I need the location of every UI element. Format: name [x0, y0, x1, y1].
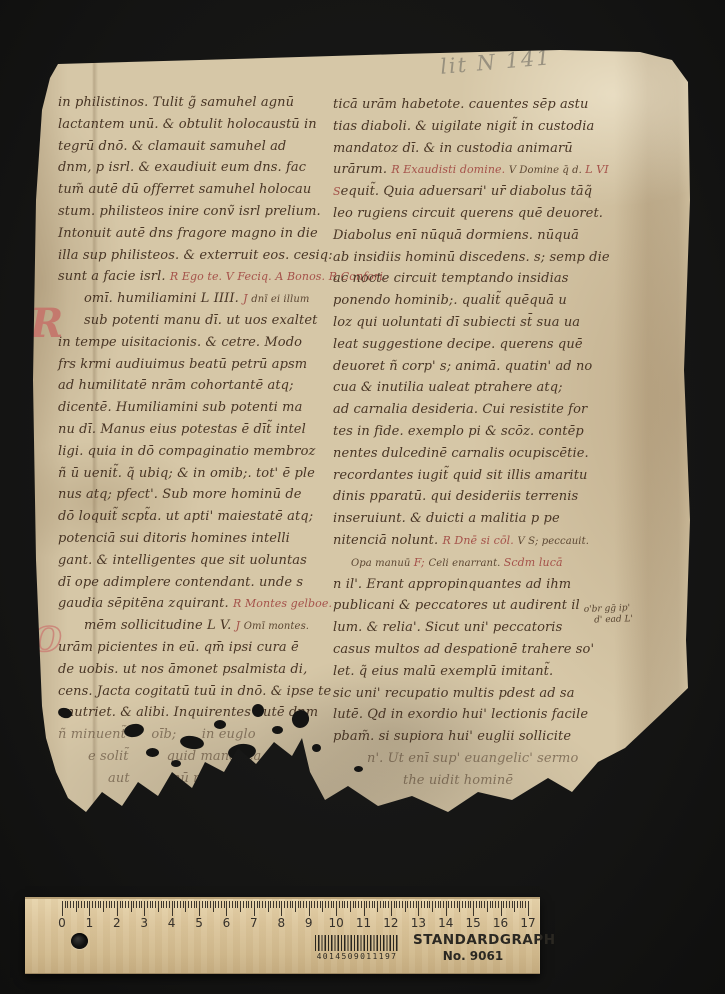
ruler-tick	[407, 901, 408, 908]
ruler-tick	[109, 901, 110, 908]
manuscript-line: tum̃ autē dū offerret samuhel holocau	[58, 179, 336, 201]
ruler-tick	[418, 901, 419, 916]
ruler-tick	[106, 901, 107, 908]
ruler-tick	[506, 901, 507, 908]
manuscript-line: publicani & peccatores ut audirent il	[333, 595, 611, 617]
body-text: ticā urām habetote. cauentes sēp astu	[333, 97, 588, 112]
ruler-tick	[501, 901, 502, 916]
ruler-tick	[342, 901, 343, 908]
ruler-tick	[487, 901, 488, 912]
ruler-tick	[347, 901, 348, 908]
ruler-tick	[246, 901, 247, 908]
body-text: dō loquit̃ scpt̃a. ut apti' maiestatē at…	[58, 509, 313, 524]
parchment-hole	[146, 748, 159, 757]
ruler-tick	[183, 901, 184, 908]
ruler-tick	[306, 901, 307, 908]
manuscript-line: ñ ū uenit̃. q̃ ubiq; & in omib;. tot' ē …	[58, 463, 336, 485]
ruler-tick	[369, 901, 370, 908]
ruler-tick	[287, 901, 288, 908]
manuscript-line: the uidit hominē	[333, 770, 611, 792]
manuscript-line: loz qui uoluntati dī subiecti st̄ sua ua	[333, 312, 611, 334]
ruler-tick	[292, 901, 293, 908]
manuscript-line: gant. & intelligentes que sit uoluntas	[58, 550, 336, 572]
ruler-tick	[522, 901, 523, 908]
ruler-tick	[92, 901, 93, 908]
ruler-tick	[259, 901, 260, 908]
body-text: frs krmi audiuimus beatū petrū apsm	[58, 357, 307, 372]
body-text: sic uni' recupatio multis pdest ad sa	[333, 686, 575, 701]
body-text: V S; peccauit.	[517, 536, 589, 547]
ruler-tick	[240, 901, 241, 912]
body-text: V Domine q̄ d.	[509, 165, 585, 176]
ruler-tick	[465, 901, 466, 908]
ruler-hole	[71, 933, 88, 949]
ruler-tick	[177, 901, 178, 908]
manuscript-line: ad carnalia desideria. Cui resistite for	[333, 399, 611, 421]
ruler-tick	[254, 901, 255, 916]
rubric-text: R Dnē si cōl.	[442, 534, 517, 547]
ruler-tick	[103, 901, 104, 912]
ruler-tick	[374, 901, 375, 908]
ruler-tick	[185, 901, 186, 912]
ruler-tick	[229, 901, 230, 908]
ruler-tick	[320, 901, 321, 908]
ruler-tick	[495, 901, 496, 908]
ruler-tick	[528, 901, 529, 916]
ruler-tick	[226, 901, 227, 916]
ruler-tick	[462, 901, 463, 908]
ruler-tick	[470, 901, 471, 908]
manuscript-line: sic uni' recupatio multis pdest ad sa	[333, 683, 611, 705]
ruler-tick	[172, 901, 173, 916]
ruler-number: 13	[411, 916, 426, 930]
body-text: ad carnalia desideria. Cui resistite for	[333, 402, 587, 417]
ruler-tick	[125, 901, 126, 908]
manuscript-line: mandatoz dī. & in custodia animarū	[333, 138, 611, 160]
body-text: leo rugiens circuit querens quē deuoret.	[333, 206, 603, 221]
body-text: ligi. quia in dō compaginatio membroz	[58, 444, 315, 459]
ruler-number: 17	[520, 916, 535, 930]
body-text: in tempe uisitacionis. & cetre. Modo	[58, 335, 302, 350]
ruler-tick	[224, 901, 225, 908]
rubric-text: J	[243, 292, 251, 305]
ruler-tick	[498, 901, 499, 908]
body-text: aut nū nr̄ ezle	[108, 771, 239, 786]
ruler-tick	[262, 901, 263, 908]
ruler-tick	[70, 901, 71, 908]
manuscript-line: tegrū dnō. & clamauit samuhel ad	[58, 136, 336, 158]
text-column-left: in philistinos. Tulit g̃ samuhel agnūlac…	[58, 92, 336, 790]
rubric-text: S	[333, 185, 341, 198]
ruler-tick	[150, 901, 151, 908]
body-text: loz qui uoluntati dī subiecti st̄ sua ua	[333, 315, 580, 330]
manuscript-line: let. q̃ eius malū exemplū imitant̃.	[333, 661, 611, 683]
ruler-tick	[331, 901, 332, 908]
body-text: deuoret ñ corp' s; animā. quatin' ad no	[333, 359, 592, 374]
manuscript-line: nus atq; pfect'. Sub more hominū de	[58, 484, 336, 506]
ruler-number: 11	[356, 916, 371, 930]
manuscript-line: mēm sollicitudine L V. J Omī montes.	[58, 615, 336, 637]
ruler-tick	[416, 901, 417, 908]
ruler-tick	[309, 901, 310, 916]
body-text: illa sup philisteos. & exterruit eos. ce…	[58, 248, 333, 263]
ruler-tick	[468, 901, 469, 908]
manuscript-line: Sequit̃. Quia aduersari' ur̄ diabolus tā…	[333, 181, 611, 203]
body-text: ñ ū uenit̃. q̃ ubiq; & in omib;. tot' ē …	[58, 466, 315, 481]
ruler: 01234567891011121314151617 4014509011197…	[25, 897, 540, 974]
ruler-tick	[133, 901, 134, 908]
ruler-tick	[394, 901, 395, 908]
parchment-hole	[252, 704, 264, 717]
ruler-tick	[490, 901, 491, 908]
manuscript-line: dinis pparatū. qui desideriis terrenis	[333, 486, 611, 508]
ruler-tick	[84, 901, 85, 908]
ruler-number: 3	[140, 916, 148, 930]
body-text: dnī ei illum	[251, 294, 309, 305]
margin-gloss: o'br gḡ ip' d' ead L'	[584, 603, 634, 627]
ruler-tick	[353, 901, 354, 908]
ruler-tick	[421, 901, 422, 908]
manuscript-line: aut nū nr̄ ezle	[58, 768, 336, 790]
ruler-tick	[325, 901, 326, 908]
ruler-tick	[215, 901, 216, 908]
parchment-hole	[272, 726, 283, 734]
ruler-tick	[128, 901, 129, 908]
manuscript-line: nitenciā nolunt. R Dnē si cōl. V S; pecc…	[333, 530, 611, 552]
body-text: gaudia sēpitēna zquirant.	[58, 596, 233, 611]
manuscript-line: nu dī. Manus eius potestas ē dīt̃ intel	[58, 419, 336, 441]
ruler-tick	[481, 901, 482, 908]
ruler-tick	[358, 901, 359, 908]
ruler-tick	[218, 901, 219, 908]
manuscript-line: ligi. quia in dō compaginatio membroz	[58, 441, 336, 463]
ruler-tick	[248, 901, 249, 908]
ruler-tick	[265, 901, 266, 908]
ruler-tick	[388, 901, 389, 908]
shelfmark-annotation: lit N 141	[439, 45, 552, 79]
ruler-tick	[380, 901, 381, 908]
body-text: ñ minuent̃ oīb; in euglo	[58, 727, 256, 742]
ruler-tick	[336, 901, 337, 916]
ruler-tick	[188, 901, 189, 908]
ruler-tick	[111, 901, 112, 908]
ruler-tick	[361, 901, 362, 908]
ruler-number: 4	[168, 916, 176, 930]
ruler-tick	[405, 901, 406, 912]
body-text: the uidit hominē	[403, 773, 513, 788]
manuscript-line: cens. Jacta cogitatū tuū in dnō. & ipse …	[58, 681, 336, 703]
body-text: ab insidiis hominū discedens. s; semp di…	[333, 250, 610, 265]
ruler-tick	[440, 901, 441, 908]
manuscript-line: omī. humiliamini L IIII. J dnī ei illum	[58, 288, 336, 310]
ruler-tick	[122, 901, 123, 908]
ruler-tick	[144, 901, 145, 916]
manuscript-line: sunt a facie isrl. R Ego te. V Feciq. A …	[58, 266, 336, 288]
ruler-tick	[89, 901, 90, 916]
body-text: urām picientes in eū. qm̄ ipsi cura ē	[58, 640, 299, 655]
ruler-tick	[67, 901, 68, 908]
ruler-tick	[383, 901, 384, 908]
photo-stage: lit N 141 in philistinos. Tulit g̃ samuh…	[0, 0, 725, 994]
ruler-tick	[300, 901, 301, 908]
ruler-tick	[339, 901, 340, 908]
ruler-tick	[205, 901, 206, 908]
body-text: dnm, p isrl. & exaudiuit eum dns. fac	[58, 160, 306, 175]
ruler-tick	[427, 901, 428, 908]
ruler-tick	[268, 901, 269, 912]
barcode	[315, 935, 399, 951]
body-text: mēm sollicitudine	[84, 618, 207, 633]
ruler-tick	[81, 901, 82, 908]
body-text: tes in fide. exemplo pi & scōz. contēp	[333, 424, 584, 439]
manuscript-line: n il'. Erant appropinquantes ad ihm	[333, 574, 611, 596]
ruler-tick	[98, 901, 99, 908]
ruler-number: 14	[438, 916, 453, 930]
body-text: sub potenti manu dī. ut uos exaltet	[84, 313, 317, 328]
ruler-tick	[322, 901, 323, 912]
manuscript-line: tias diaboli. & uigilate nigit̃ in custo…	[333, 116, 611, 138]
ruler-tick	[303, 901, 304, 908]
manuscript-line: dī ope adimplere contendant. unde s	[58, 572, 336, 594]
ruler-tick	[514, 901, 515, 912]
ruler-tick	[120, 901, 121, 908]
ruler-tick	[251, 901, 252, 908]
ruler-tick	[295, 901, 296, 912]
manuscript-line: Diabolus enī nūquā dormiens. nūquā	[333, 225, 611, 247]
ruler-tick	[136, 901, 137, 908]
ruler-number: 2	[113, 916, 121, 930]
ruler-tick	[317, 901, 318, 908]
manuscript-line: n'. Ut enī sup' euangelic' sermo	[333, 748, 611, 770]
body-text: L IIII.	[201, 291, 243, 306]
ruler-number: 12	[383, 916, 398, 930]
ruler-tick	[314, 901, 315, 908]
body-text: leat suggestione decipe. querens quē	[333, 337, 583, 352]
body-text: urārum.	[333, 162, 391, 177]
ruler-tick	[117, 901, 118, 916]
body-text: ad humilitatē nrām cohortantē atq;	[58, 378, 294, 393]
ruler-tick	[235, 901, 236, 908]
ruler-tick	[391, 901, 392, 916]
body-text: stum. philisteos inire conṽ isrl prelium…	[58, 204, 321, 219]
ruler-number: 6	[223, 916, 231, 930]
ruler-number: 15	[466, 916, 481, 930]
ruler-tick	[78, 901, 79, 908]
ruler-tick	[163, 901, 164, 908]
ruler-tick	[479, 901, 480, 908]
ruler-number: 8	[277, 916, 285, 930]
body-text: potenciā sui ditoris homines intelli	[58, 531, 290, 546]
ruler-tick	[273, 901, 274, 908]
ruler-tick	[484, 901, 485, 908]
barcode-digits: 4014509011197	[309, 952, 405, 961]
body-text: publicani & peccatores ut audirent il	[333, 598, 580, 613]
ruler-tick	[158, 901, 159, 912]
body-text: nentes dulcedinē carnalis ocupiscētie.	[333, 446, 589, 461]
ruler-tick	[509, 901, 510, 908]
manuscript-line: nentes dulcedinē carnalis ocupiscētie.	[333, 443, 611, 465]
manuscript-line: stum. philisteos inire conṽ isrl prelium…	[58, 201, 336, 223]
ruler-tick	[311, 901, 312, 908]
manuscript-line: tes in fide. exemplo pi & scōz. contēp	[333, 421, 611, 443]
ruler-number: 0	[58, 916, 66, 930]
body-text: equit̃. Quia aduersari' ur̄ diabolus tāq…	[341, 184, 593, 199]
parchment-hole	[354, 766, 363, 772]
text-column-right: ticā urām habetote. cauentes sēp astutia…	[333, 94, 611, 792]
ruler-tick	[473, 901, 474, 916]
ruler-tick	[355, 901, 356, 908]
body-text: in philistinos. Tulit g̃ samuhel agnū	[58, 95, 294, 110]
body-text: pbam̃. si supiora hui' euglii sollicite	[333, 729, 571, 744]
ruler-model: No. 9061	[425, 949, 521, 963]
ruler-tick	[155, 901, 156, 908]
ruler-tick	[328, 901, 329, 908]
parchment-hole	[214, 720, 226, 729]
ruler-number: 5	[195, 916, 203, 930]
ruler-tick	[432, 901, 433, 912]
body-text: omī. humiliamini	[84, 291, 201, 306]
rubric-text: R Montes gelboe.	[233, 597, 332, 610]
body-text: lutē. Qd in exordio hui' lectionis facil…	[333, 707, 588, 722]
ruler-tick	[152, 901, 153, 908]
manuscript-line: lutē. Qd in exordio hui' lectionis facil…	[333, 704, 611, 726]
body-text: let. q̃ eius malū exemplū imitant̃.	[333, 664, 553, 679]
manuscript-line: illa sup philisteos. & exterruit eos. ce…	[58, 245, 336, 267]
ruler-tick	[221, 901, 222, 908]
body-text: Celi enarrant.	[428, 558, 503, 569]
body-text: dī ope adimplere contendant. unde s	[58, 575, 303, 590]
ruler-tick	[457, 901, 458, 908]
manuscript-line: gaudia sēpitēna zquirant. R Montes gelbo…	[58, 593, 336, 615]
body-text: tegrū dnō. & clamauit samuhel ad	[58, 139, 286, 154]
ruler-tick	[366, 901, 367, 908]
ruler-tick	[202, 901, 203, 908]
ruler-tick	[87, 901, 88, 908]
ruler-tick	[169, 901, 170, 908]
ruler-tick	[517, 901, 518, 908]
ruler-tick	[446, 901, 447, 916]
manuscript-line: leo rugiens circuit querens quē deuoret.	[333, 203, 611, 225]
ruler-tick	[100, 901, 101, 908]
margin-gloss-line: d' ead L'	[584, 614, 633, 627]
rubric-text: F;	[414, 556, 429, 569]
body-text: gant. & intelligentes que sit uoluntas	[58, 553, 307, 568]
ruler-tick	[503, 901, 504, 908]
body-text: n'. Ut enī sup' euangelic' sermo	[367, 751, 578, 766]
ruler-tick	[76, 901, 77, 912]
body-text: casus multos ad despationē trahere so'	[333, 642, 594, 657]
body-text: cua & inutilia ualeat ptrahere atq;	[333, 380, 563, 395]
ruler-tick	[147, 901, 148, 908]
ruler-tick	[438, 901, 439, 908]
manuscript-line: leat suggestione decipe. querens quē	[333, 334, 611, 356]
ruler-tick	[270, 901, 271, 908]
ruler-tick	[161, 901, 162, 908]
ruler-tick	[290, 901, 291, 908]
ruler-tick	[402, 901, 403, 908]
ruler-tick	[237, 901, 238, 908]
ruler-tick	[298, 901, 299, 908]
body-text: dicentē. Humiliamini sub potenti ma	[58, 400, 302, 415]
rubric-text: R Exaudisti domine.	[391, 163, 509, 176]
manuscript-line: ab insidiis hominū discedens. s; semp di…	[333, 247, 611, 269]
parchment-fragment: lit N 141 in philistinos. Tulit g̃ samuh…	[28, 48, 694, 830]
body-text: nitenciā nolunt.	[333, 533, 442, 548]
ruler-tick	[512, 901, 513, 908]
manuscript-line: deuoret ñ corp' s; animā. quatin' ad no	[333, 356, 611, 378]
manuscript-line: inseruiunt. & duicti a malitia p pe	[333, 508, 611, 530]
body-text: Omī montes.	[244, 621, 309, 632]
ruler-tick	[377, 901, 378, 912]
manuscript-line: recordantes iugit̃ quid sit illis amarit…	[333, 465, 611, 487]
ruler-tick	[476, 901, 477, 908]
ruler-tick	[73, 901, 74, 908]
body-text: recordantes iugit̃ quid sit illis amarit…	[333, 468, 588, 483]
ruler-tick	[95, 901, 96, 908]
ruler-tick	[213, 901, 214, 912]
ruler-tick	[243, 901, 244, 908]
manuscript-line: sub potenti manu dī. ut uos exaltet	[58, 310, 336, 332]
ruler-tick	[196, 901, 197, 908]
manuscript-line: dicentē. Humiliamini sub potenti ma	[58, 397, 336, 419]
body-text: Opa manuū	[351, 558, 414, 569]
body-text: mandatoz dī. & in custodia animarū	[333, 141, 573, 156]
rubric-text: Scdm lucā	[504, 556, 563, 569]
parchment-hole	[171, 760, 181, 767]
ruler-tick	[207, 901, 208, 908]
body-text: sunt a facie isrl.	[58, 269, 170, 284]
ruler-tick	[141, 901, 142, 908]
ruler-tick	[520, 901, 521, 908]
body-text: cens. Jacta cogitatū tuū in dnō. & ipse …	[58, 684, 331, 699]
manuscript-line: potenciā sui ditoris homines intelli	[58, 528, 336, 550]
ruler-tick	[385, 901, 386, 908]
manuscript-line: pbam̃. si supiora hui' euglii sollicite	[333, 726, 611, 748]
body-text: nu dī. Manus eius potestas ē dīt̃ intel	[58, 422, 306, 437]
ruler-tick	[284, 901, 285, 908]
body-text: lactantem unū. & obtulit holocaustū in	[58, 117, 317, 132]
ruler-tick	[396, 901, 397, 908]
ruler-tick	[525, 901, 526, 908]
ruler-tick	[62, 901, 63, 916]
ruler-tick	[435, 901, 436, 908]
manuscript-line: cua & inutilia ualeat ptrahere atq;	[333, 377, 611, 399]
ruler-tick	[257, 901, 258, 908]
manuscript-line: dō loquit̃ scpt̃a. ut apti' maiestatē at…	[58, 506, 336, 528]
ruler-tick	[65, 901, 66, 908]
body-text: inseruiunt. & duicti a malitia p pe	[333, 511, 560, 526]
body-text: n il'. Erant appropinquantes ad ihm	[333, 577, 571, 592]
rubric-text: L VI	[585, 163, 609, 176]
manuscript-line: Intonuit autē dns fragore magno in die	[58, 223, 336, 245]
body-text: enutriet. & alibi. Inquirentes autē dnm	[58, 705, 318, 720]
ruler-tick	[194, 901, 195, 908]
ruler-tick	[429, 901, 430, 908]
ruler-tick	[199, 901, 200, 916]
ruler-tick	[344, 901, 345, 908]
ruler-tick	[232, 901, 233, 908]
body-text: tum̃ autē dū offerret samuhel holocau	[58, 182, 311, 197]
ruler-tick	[424, 901, 425, 908]
body-text: nus atq; pfect'. Sub more hominū de	[58, 487, 302, 502]
ruler-tick	[139, 901, 140, 908]
ruler-tick	[166, 901, 167, 908]
ruler-number: 16	[493, 916, 508, 930]
ruler-number: 9	[305, 916, 313, 930]
manuscript-line: Opa manuū F; Celi enarrant. Scdm lucā	[333, 552, 611, 574]
body-text: Intonuit autē dns fragore magno in die	[58, 226, 318, 241]
manuscript-line: ponendo hominib;. qualit̃ quēquā u	[333, 290, 611, 312]
